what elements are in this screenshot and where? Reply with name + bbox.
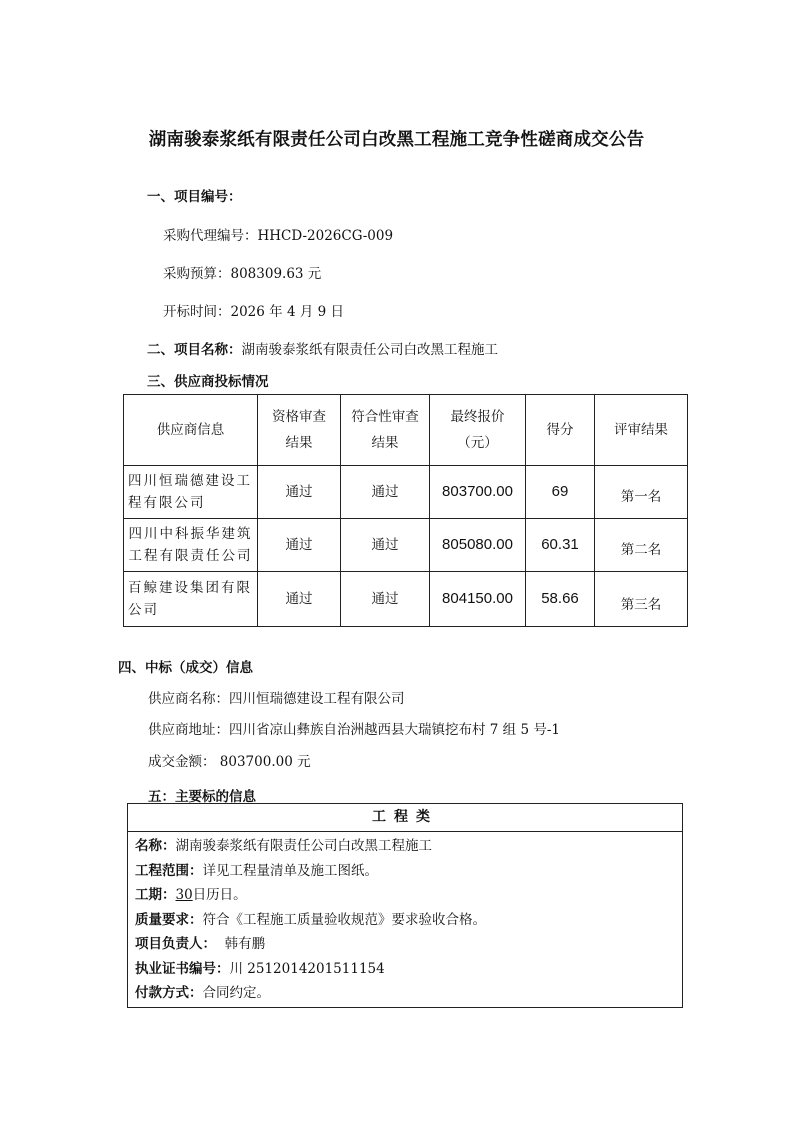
project-name: 湖南骏泰浆纸有限责任公司白改黑工程施工 (242, 342, 499, 358)
header-qualification: 资格审查结果 (258, 395, 341, 466)
score-cell: 60.31 (526, 519, 595, 572)
price-cell: 804150.00 (430, 572, 526, 627)
deal-amount: 成交金额： 803700.00 元 (148, 750, 311, 770)
table-row: 四川中科振华建筑工程有限责任公司 通过 通过 805080.00 60.31 第… (124, 519, 688, 572)
info-row-certificate: 执业证书编号：川 2512014201511154 (128, 957, 682, 982)
result-cell: 第二名 (595, 519, 688, 572)
section-3-heading: 三、供应商投标情况 (147, 370, 269, 390)
price-cell: 805080.00 (430, 519, 526, 572)
page-title: 湖南骏泰浆纸有限责任公司白改黑工程施工竞争性磋商成交公告 (0, 126, 793, 151)
info-row-name: 名称：湖南骏泰浆纸有限责任公司白改黑工程施工 (128, 834, 682, 859)
supplier-cell: 四川恒瑞德建设工程有限公司 (124, 466, 258, 519)
budget: 采购预算：808309.63 元 (163, 262, 321, 282)
qualification-cell: 通过 (258, 466, 341, 519)
header-compliance: 符合性审查结果 (341, 395, 430, 466)
bids-table: 供应商信息 资格审查结果 符合性审查结果 最终报价（元） 得分 评审结果 四川恒… (123, 394, 688, 627)
header-result: 评审结果 (595, 395, 688, 466)
section-1-heading: 一、项目编号： (147, 185, 242, 205)
section-2-label: 二、项目名称： (147, 342, 242, 358)
info-row-scope: 工程范围：详见工程量清单及施工图纸。 (128, 859, 682, 884)
compliance-cell: 通过 (341, 519, 430, 572)
header-score: 得分 (526, 395, 595, 466)
box-header: 工程类 (128, 804, 682, 832)
table-row: 四川恒瑞德建设工程有限公司 通过 通过 803700.00 69 第一名 (124, 466, 688, 519)
table-header-row: 供应商信息 资格审查结果 符合性审查结果 最终报价（元） 得分 评审结果 (124, 395, 688, 466)
section-4-heading: 四、中标（成交）信息 (118, 656, 253, 676)
info-row-manager: 项目负责人： 韩有鹏 (128, 932, 682, 957)
agency-code: 采购代理编号：HHCD-2026CG-009 (163, 224, 393, 244)
qualification-cell: 通过 (258, 519, 341, 572)
bid-opening-time: 开标时间：2026 年 4 月 9 日 (163, 300, 344, 320)
compliance-cell: 通过 (341, 466, 430, 519)
subject-info-box: 工程类 名称：湖南骏泰浆纸有限责任公司白改黑工程施工 工程范围：详见工程量清单及… (127, 803, 683, 1008)
info-row-duration: 工期：30日历日。 (128, 883, 682, 908)
compliance-cell: 通过 (341, 572, 430, 627)
header-supplier: 供应商信息 (124, 395, 258, 466)
score-cell: 58.66 (526, 572, 595, 627)
winning-supplier-name: 供应商名称：四川恒瑞德建设工程有限公司 (148, 687, 405, 707)
qualification-cell: 通过 (258, 572, 341, 627)
header-price: 最终报价（元） (430, 395, 526, 466)
info-row-quality: 质量要求：符合《工程施工质量验收规范》要求验收合格。 (128, 908, 682, 933)
score-cell: 69 (526, 466, 595, 519)
section-2-heading: 二、项目名称：湖南骏泰浆纸有限责任公司白改黑工程施工 (147, 338, 498, 358)
supplier-cell: 四川中科振华建筑工程有限责任公司 (124, 519, 258, 572)
result-cell: 第一名 (595, 466, 688, 519)
info-row-payment: 付款方式：合同约定。 (128, 981, 682, 1006)
section-5-heading: 五：主要标的信息 (148, 785, 256, 805)
result-cell: 第三名 (595, 572, 688, 627)
supplier-cell: 百鲸建设集团有限公司 (124, 572, 258, 627)
price-cell: 803700.00 (430, 466, 526, 519)
winning-supplier-address: 供应商地址：四川省凉山彝族自治洲越西县大瑞镇挖布村 7 组 5 号-1 (148, 718, 560, 738)
table-row: 百鲸建设集团有限公司 通过 通过 804150.00 58.66 第三名 (124, 572, 688, 627)
